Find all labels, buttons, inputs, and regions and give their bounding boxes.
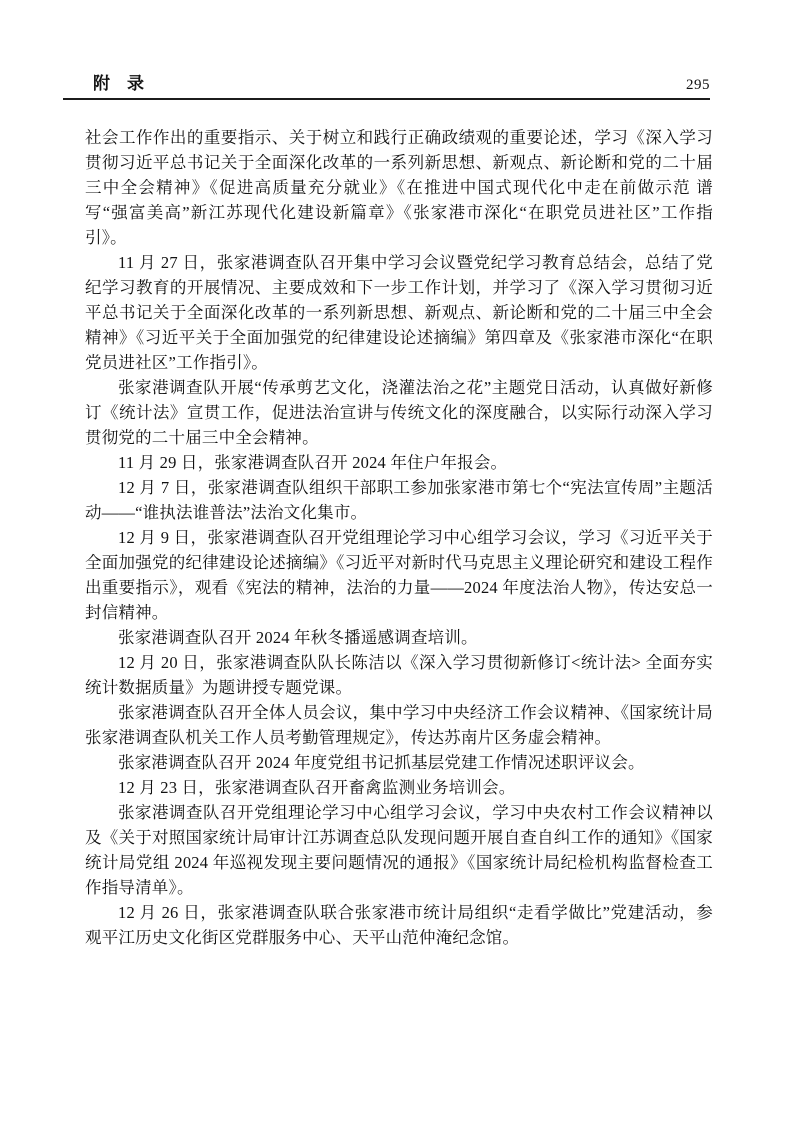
document-body: 社会工作作出的重要指示、关于树立和践行正确政绩观的重要论述，学习《深入学习贯彻习… xyxy=(85,125,713,950)
paragraph: 12 月 9 日，张家港调查队召开党组理论学习中心组学习会议，学习《习近平关于全… xyxy=(85,525,713,625)
section-title: 附 录 xyxy=(63,69,144,94)
paragraph: 11 月 27 日，张家港调查队召开集中学习会议暨党纪学习教育总结会，总结了党纪… xyxy=(85,250,713,375)
page-number: 295 xyxy=(686,77,710,94)
paragraph: 张家港调查队召开 2024 年度党组书记抓基层党建工作情况述职评议会。 xyxy=(85,750,713,775)
paragraph: 12 月 23 日，张家港调查队召开畜禽监测业务培训会。 xyxy=(85,775,713,800)
paragraph: 12 月 26 日，张家港调查队联合张家港市统计局组织“走看学做比”党建活动，参… xyxy=(85,900,713,950)
paragraph: 社会工作作出的重要指示、关于树立和践行正确政绩观的重要论述，学习《深入学习贯彻习… xyxy=(85,125,713,250)
paragraph: 12 月 20 日，张家港调查队队长陈洁以《深入学习贯彻新修订<统计法> 全面夯… xyxy=(85,650,713,700)
page-header: 附 录 295 xyxy=(63,70,710,94)
paragraph: 张家港调查队开展“传承剪艺文化，浇灌法治之花”主题党日活动，认真做好新修订《统计… xyxy=(85,375,713,450)
document-page: 附 录 295 社会工作作出的重要指示、关于树立和践行正确政绩观的重要论述，学习… xyxy=(0,0,793,1139)
paragraph: 11 月 29 日，张家港调查队召开 2024 年住户年报会。 xyxy=(85,450,713,475)
paragraph: 张家港调查队召开 2024 年秋冬播遥感调查培训。 xyxy=(85,625,713,650)
paragraph: 张家港调查队召开全体人员会议，集中学习中央经济工作会议精神、《国家统计局张家港调… xyxy=(85,700,713,750)
paragraph: 12 月 7 日，张家港调查队组织干部职工参加张家港市第七个“宪法宣传周”主题活… xyxy=(85,475,713,525)
paragraph: 张家港调查队召开党组理论学习中心组学习会议，学习中央农村工作会议精神以及《关于对… xyxy=(85,800,713,900)
header-rule xyxy=(63,98,710,100)
